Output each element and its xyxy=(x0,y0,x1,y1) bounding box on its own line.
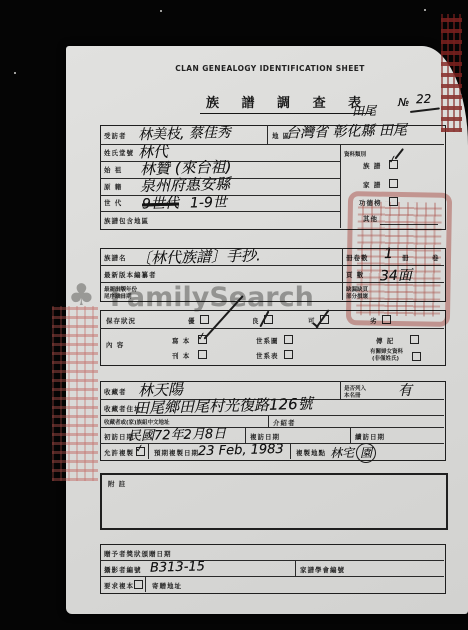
chinese-title: 族 譜 調 查 表 xyxy=(200,92,372,114)
table-line xyxy=(100,576,444,577)
table-line xyxy=(342,248,343,300)
corner-note-handwriting: 田尾 xyxy=(352,102,376,120)
scan-speck xyxy=(160,10,162,12)
table-line xyxy=(267,125,268,144)
sheet-number-value: 22 xyxy=(416,92,432,106)
table-line xyxy=(340,381,341,399)
scanned-document-page: CLAN GENEALOGY IDENTIFICATION SHEET 族 譜 … xyxy=(0,0,468,630)
mail-address-label: 寄贈地址 xyxy=(152,581,182,590)
editor-label: 最新版本編纂者 xyxy=(104,270,157,279)
printed-label: 刊 本 xyxy=(172,351,190,360)
women-data-sublabel: (非僅姓氏) xyxy=(372,354,399,362)
printed-checkbox xyxy=(198,350,207,359)
copy-request-checkbox xyxy=(134,580,143,589)
familysearch-watermark: FamilySearch xyxy=(110,282,314,313)
table-line xyxy=(245,427,246,443)
generations-handwriting: 1-9世 xyxy=(190,192,227,213)
donor-award-date-label: 贈予者獎狀頒贈日期 xyxy=(104,549,172,558)
scan-speck xyxy=(14,72,16,74)
excellent-checkbox xyxy=(200,315,209,324)
photographer-number-handwriting: B313-15 xyxy=(150,559,205,575)
red-seal-stamp-left xyxy=(52,306,98,481)
red-seal-stamp-large xyxy=(346,191,452,327)
scan-speck xyxy=(424,9,426,11)
lineage-chart-label: 世系圖 xyxy=(256,336,279,345)
category-header: 資料類別 xyxy=(344,150,366,158)
condition-excellent: 優 xyxy=(188,316,196,325)
coverage-label: 族譜包含地區 xyxy=(104,216,149,225)
sheet-number-symbol: № xyxy=(398,96,410,109)
generations-label: 世 代 xyxy=(104,198,122,207)
third-visit-label: 續訪日期 xyxy=(355,432,385,441)
table-line xyxy=(340,144,341,228)
first-visit-handwriting: 民國72年2月8日 xyxy=(128,423,227,445)
lineage-chart-checkbox xyxy=(284,335,293,344)
table-line xyxy=(100,328,444,329)
red-seal-stamp-corner xyxy=(441,14,462,132)
category-option-zupu: 族 譜 xyxy=(363,161,381,170)
copy-place-handwriting: 林宅 xyxy=(330,444,354,462)
permit-copy-label: 允許複製 xyxy=(104,448,134,457)
table-line xyxy=(145,576,146,592)
book-name-label: 族譜名 xyxy=(104,253,127,262)
collector-label: 收藏者 xyxy=(104,387,127,396)
copy-date-handwriting: 23 Feb, 1983 xyxy=(198,442,284,459)
listed-handwriting: 有 xyxy=(398,380,413,400)
biography-checkbox xyxy=(410,335,419,344)
table-line xyxy=(295,560,296,576)
origin-label: 原 籍 xyxy=(104,182,122,191)
copy-date-label: 預期複製日期 xyxy=(154,448,199,457)
photographer-number-label: 攝影者編號 xyxy=(104,565,142,574)
notes-label: 附 註 xyxy=(108,479,126,488)
table-line xyxy=(290,443,291,459)
notes-box xyxy=(100,473,448,530)
surname-hall-label: 姓氏堂號 xyxy=(104,148,134,157)
society-number-label: 家譜學會編號 xyxy=(300,565,345,574)
book-name-handwriting: 〔林代族譜〕手抄. xyxy=(136,244,261,268)
copy-request-label: 要求複本 xyxy=(104,581,134,590)
introducer-label: 介紹者 xyxy=(273,418,296,427)
english-title: CLAN GENEALOGY IDENTIFICATION SHEET xyxy=(160,64,380,73)
table-line xyxy=(268,415,269,427)
content-label: 內 容 xyxy=(106,340,124,349)
jiapu-checkbox xyxy=(389,179,398,188)
generations-strikeout-handwriting: 9世代 xyxy=(142,193,179,214)
lineage-table-label: 世系表 xyxy=(256,351,279,360)
area-handwriting: 台灣省 彰化縣 田尾 xyxy=(286,119,407,142)
interviewee-label: 受訪者 xyxy=(104,131,127,140)
women-data-checkbox xyxy=(412,352,421,361)
copy-place-label: 複製地點 xyxy=(296,448,326,457)
category-option-jiapu: 家 譜 xyxy=(363,180,381,189)
listed-label-line2: 本名冊 xyxy=(344,391,361,399)
lineage-table-checkbox xyxy=(284,350,293,359)
table-line xyxy=(148,443,149,459)
second-visit-label: 複訪日期 xyxy=(250,432,280,441)
manuscript-label: 寫 本 xyxy=(172,336,190,345)
first-ancestor-label: 始 祖 xyxy=(104,165,122,174)
table-line xyxy=(350,427,351,443)
condition-good: 良 xyxy=(252,316,260,325)
condition-label: 保存狀況 xyxy=(106,316,136,325)
biography-label: 傳 記 xyxy=(376,336,394,345)
